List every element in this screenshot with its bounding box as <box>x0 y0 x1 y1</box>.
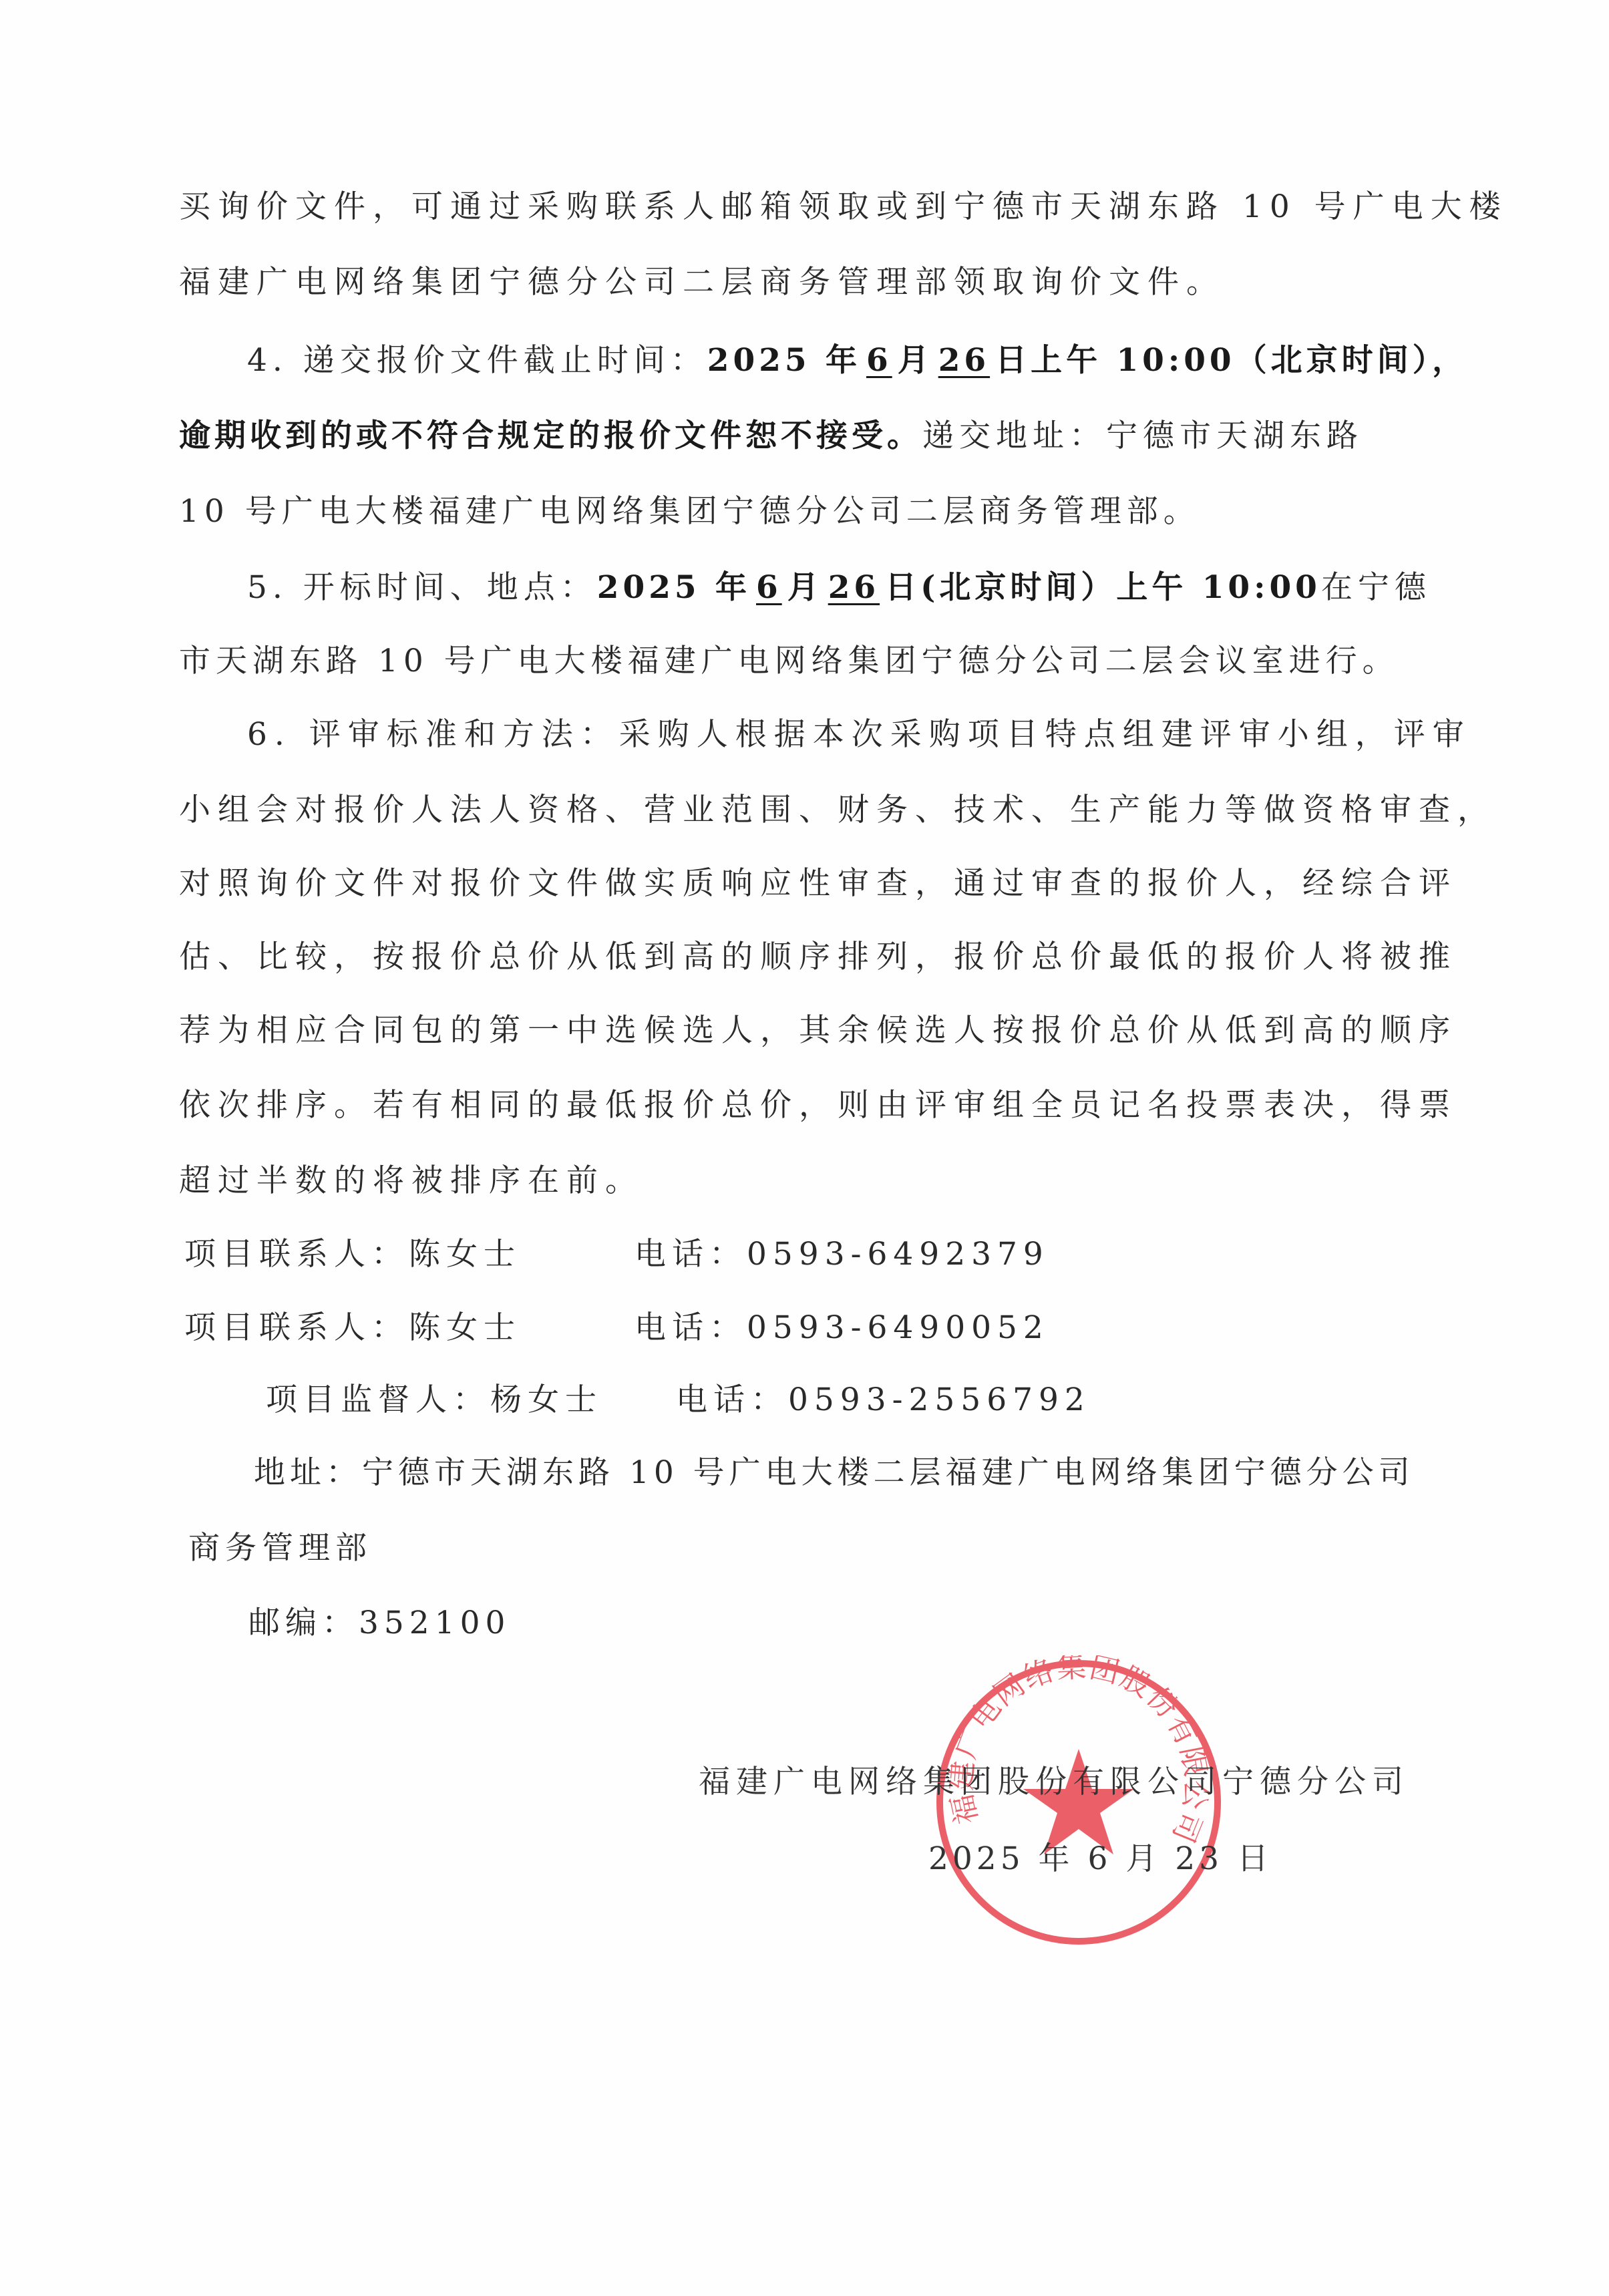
section-4-suffix: 日上午 10:00（北京时间）， <box>995 342 1467 379</box>
section-4-deadline: 4. 递交报价文件截止时间：2025 年6月26日上午 10:00（北京时间）， <box>247 341 1530 381</box>
section-6-line-4: 估、比较，按报价总价从低到高的顺序排列，报价总价最低的报价人将被推 <box>179 937 1461 977</box>
section-5-year: 2025 年 <box>597 569 751 606</box>
continuation-line-2: 福建广电网络集团宁德分公司二层商务管理部领取询价文件。 <box>179 263 1461 303</box>
late-submission-notice: 逾期收到的或不符合规定的报价文件恕不接受。 <box>179 418 922 454</box>
section-4-day: 26 <box>933 342 995 379</box>
signature-date: 2025 年 6 月 23 日 <box>928 1839 1272 1879</box>
section-5-month-unit: 月 <box>787 569 823 606</box>
contact-role: 项目联系人：陈女士 <box>184 1308 521 1348</box>
section-6-line-6: 依次排序。若有相同的最低报价总价，则由评审组全员记名投票表决，得票 <box>179 1086 1461 1126</box>
submission-address-label: 递交地址：宁德市天湖东路 <box>922 418 1363 454</box>
section-6-line-5: 荐为相应合同包的第一中选候选人，其余候选人按报价总价从低到高的顺序 <box>179 1011 1461 1051</box>
section-6-line-1: 6. 评审标准和方法：采购人根据本次采购项目特点组建评审小组，评审 <box>247 715 1530 755</box>
section-5-suffix: 日(北京时间）上午 10:00 <box>885 569 1321 606</box>
address-line-2: 商务管理部 <box>188 1528 1471 1569</box>
section-4-month: 6 <box>861 342 898 379</box>
section-4-year: 2025 年 <box>707 342 861 379</box>
section-4-month-unit: 月 <box>898 342 933 379</box>
continuation-line-1: 买询价文件，可通过采购联系人邮箱领取或到宁德市天湖东路 10 号广电大楼 <box>179 187 1461 227</box>
contact-phone: 电话：0593-6490052 <box>635 1308 1049 1348</box>
section-4-prefix: 4. 递交报价文件截止时间： <box>247 342 707 379</box>
contact-role: 项目联系人：陈女士 <box>184 1235 521 1275</box>
document-page: 买询价文件，可通过采购联系人邮箱领取或到宁德市天湖东路 10 号广电大楼 福建广… <box>0 0 1609 2296</box>
company-seal-icon: 福建广电网络集团股份有限公司宁德分公司 <box>932 1655 1226 1949</box>
section-4-line-2: 逾期收到的或不符合规定的报价文件恕不接受。递交地址：宁德市天湖东路 <box>179 416 1461 456</box>
address-line-1: 地址：宁德市天湖东路 10 号广电大楼二层福建广电网络集团宁德分公司 <box>254 1453 1536 1493</box>
section-5-tail: 在宁德 <box>1321 569 1431 606</box>
section-4-line-3: 10 号广电大楼福建广电网络集团宁德分公司二层商务管理部。 <box>179 492 1461 532</box>
section-6-line-7: 超过半数的将被排序在前。 <box>179 1161 1461 1201</box>
postcode: 邮编：352100 <box>248 1603 1531 1643</box>
section-5-month: 6 <box>751 569 787 606</box>
signature-company: 福建广电网络集团股份有限公司宁德分公司 <box>699 1762 1409 1802</box>
section-6-line-3: 对照询价文件对报价文件做实质响应性审查，通过审查的报价人，经综合评 <box>179 864 1461 904</box>
supervisor-phone: 电话：0593-2556792 <box>676 1380 1091 1420</box>
contact-phone: 电话：0593-6492379 <box>635 1235 1049 1275</box>
section-5-line-2: 市天湖东路 10 号广电大楼福建广电网络集团宁德分公司二层会议室进行。 <box>179 641 1461 681</box>
section-5-opening: 5. 开标时间、地点：2025 年6月26日(北京时间）上午 10:00在宁德 <box>247 568 1530 608</box>
section-6-line-2: 小组会对报价人法人资格、营业范围、财务、技术、生产能力等做资格审查， <box>179 790 1461 830</box>
section-5-prefix: 5. 开标时间、地点： <box>247 569 597 606</box>
section-5-day: 26 <box>823 569 885 606</box>
supervisor-role: 项目监督人：杨女士 <box>266 1380 602 1420</box>
